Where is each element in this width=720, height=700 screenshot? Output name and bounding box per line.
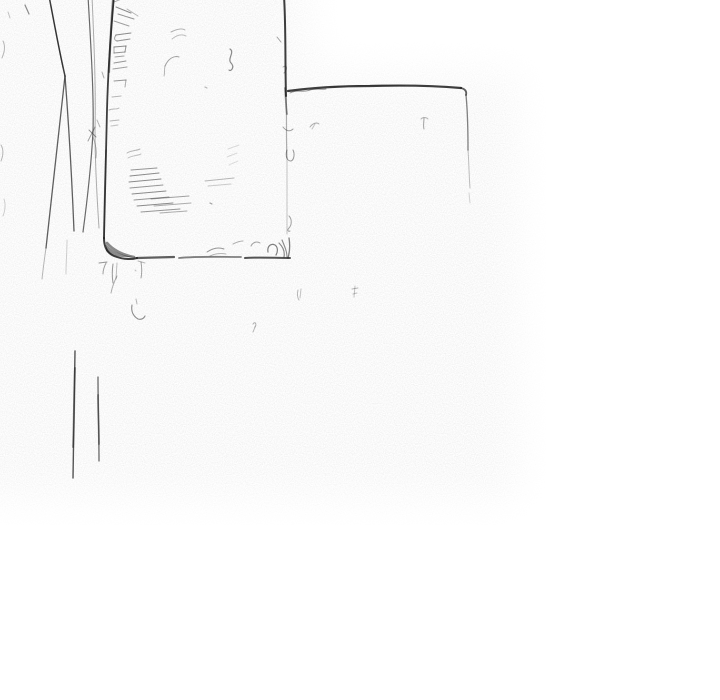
- sketch-page: [0, 0, 720, 700]
- pencil-sketch-canvas: [0, 0, 720, 700]
- below-panel-marks-stroke: [135, 270, 136, 271]
- lower-vertical-lines-stroke: [98, 395, 99, 444]
- panel-bottom-edge-stroke: [137, 257, 174, 258]
- paper-grain-texture: [0, 0, 520, 500]
